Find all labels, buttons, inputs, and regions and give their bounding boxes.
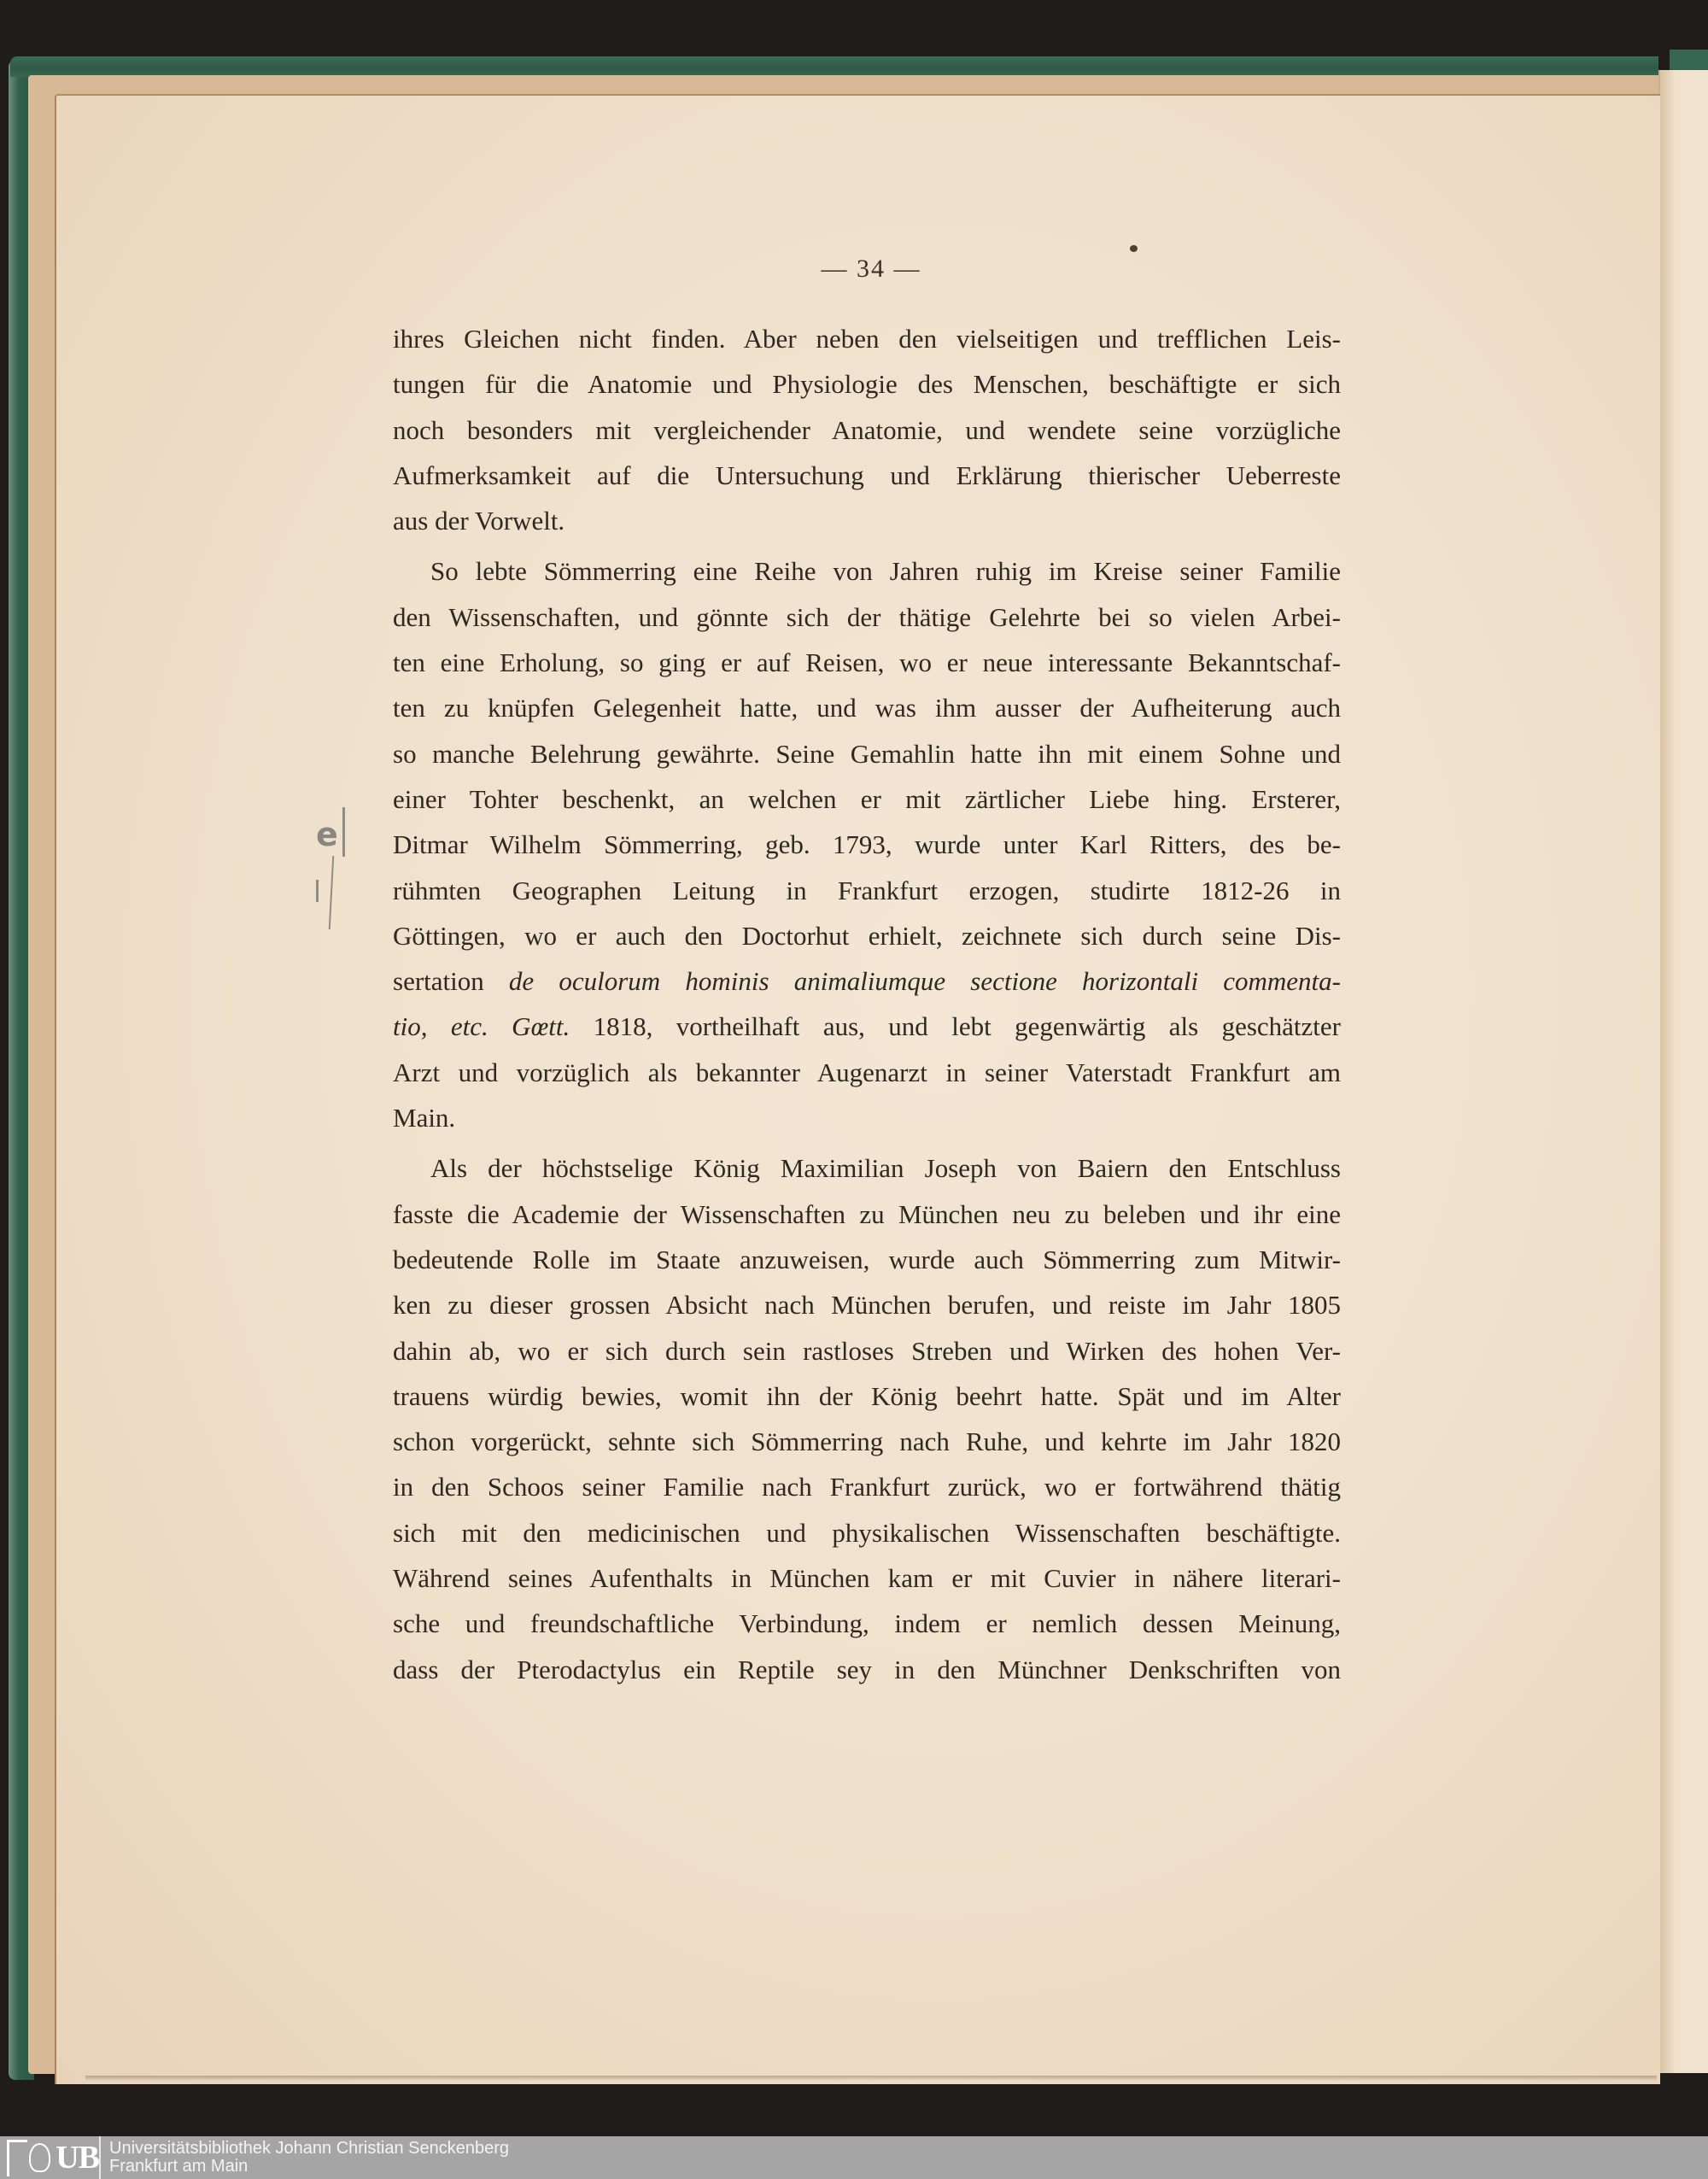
text-line: dahin ab, wo er sich durch sein rastlose… [393, 1328, 1341, 1374]
facing-page-edge [1658, 70, 1708, 2073]
text-line: in den Schoos seiner Familie nach Frankf… [393, 1464, 1341, 1509]
text-line: rühmten Geographen Leitung in Frankfurt … [393, 868, 1341, 913]
text-line: dass der Pterodactylus ein Reptile sey i… [393, 1647, 1341, 1692]
margin-stroke [316, 880, 319, 902]
ub-logo-text: UB [56, 2139, 99, 2176]
text-line: noch besonders mit vergleichender Anatom… [393, 407, 1341, 453]
text-line: Arzt und vorzüglich als bekannter Augena… [393, 1050, 1341, 1095]
ub-logo: UB [3, 2136, 101, 2179]
text-line: Göttingen, wo er auch den Doctorhut erhi… [393, 913, 1341, 958]
text-line: so manche Belehrung gewährte. Seine Gema… [393, 731, 1341, 776]
text-line: den Wissenschaften, und gönnte sich der … [393, 595, 1341, 640]
text-line: ihres Gleichen nicht finden. Aber neben … [393, 316, 1341, 361]
text-line: tungen für die Anatomie und Physiologie … [393, 361, 1341, 407]
margin-annotation-letter: e [316, 816, 338, 853]
text-line: sich mit den medicinischen und physikali… [393, 1510, 1341, 1555]
text-line: Als der höchstselige König Maximilian Jo… [393, 1145, 1341, 1191]
text-line: bedeutende Rolle im Staate anzuweisen, w… [393, 1237, 1341, 1282]
library-name: Universitätsbibliothek Johann Christian … [109, 2140, 509, 2176]
library-name-line2: Frankfurt am Main [109, 2158, 509, 2176]
text-line: Ditmar Wilhelm Sömmerring, geb. 1793, wu… [393, 822, 1341, 867]
text-line: schon vorgerückt, sehnte sich Sömmerring… [393, 1419, 1341, 1464]
margin-annotation: e [316, 816, 338, 853]
text-line: ten eine Erholung, so ging er auf Reisen… [393, 640, 1341, 685]
text-line: aus der Vorwelt. [393, 498, 1341, 543]
text-line: Main. [393, 1095, 1341, 1140]
text-line: trauens würdig bewies, womit ihn der Kön… [393, 1374, 1341, 1419]
text-line: Aufmerksamkeit auf die Untersuchung und … [393, 453, 1341, 498]
page-number: — 34 — [0, 255, 1708, 284]
book-cover-top-edge [10, 56, 1658, 77]
paragraph: So lebte Sömmerring eine Reihe von Jahre… [393, 548, 1341, 1140]
text-line-italic-title: tio, etc. Gœtt. 1818, vortheilhaft aus, … [393, 1004, 1341, 1049]
margin-stroke [342, 807, 345, 857]
paragraph: Als der höchstselige König Maximilian Jo… [393, 1145, 1341, 1692]
ink-speck [1130, 245, 1138, 252]
dissertation-title: de oculorum hominis animaliumque section… [509, 966, 1341, 996]
text-line: Während seines Aufenthalts in München ka… [393, 1555, 1341, 1601]
library-name-line1: Universitätsbibliothek Johann Christian … [109, 2140, 509, 2158]
text-line: sche und freundschaftliche Verbindung, i… [393, 1601, 1341, 1646]
dissertation-title-end: tio, etc. Gœtt. [393, 1011, 570, 1041]
text-line: einer Tohter beschenkt, an welchen er mi… [393, 776, 1341, 822]
text-line-italic-title: sertation de oculorum hominis animaliumq… [393, 958, 1341, 1004]
library-footer-bar: UB Universitätsbibliothek Johann Christi… [0, 2136, 1708, 2179]
text-line: fasste die Academie der Wissenschaften z… [393, 1192, 1341, 1237]
text-line: ten zu knüpfen Gelegenheit hatte, und wa… [393, 685, 1341, 730]
portrait-icon [29, 2143, 50, 2172]
paragraph: ihres Gleichen nicht finden. Aber neben … [393, 316, 1341, 543]
page-shadow [85, 2076, 1657, 2081]
text-line: ken zu dieser grossen Absicht nach Münch… [393, 1282, 1341, 1327]
books-icon [7, 2140, 27, 2176]
text-line: So lebte Sömmerring eine Reihe von Jahre… [393, 548, 1341, 594]
body-text: ihres Gleichen nicht finden. Aber neben … [393, 316, 1341, 1692]
book-cover-right-edge [1670, 50, 1708, 72]
